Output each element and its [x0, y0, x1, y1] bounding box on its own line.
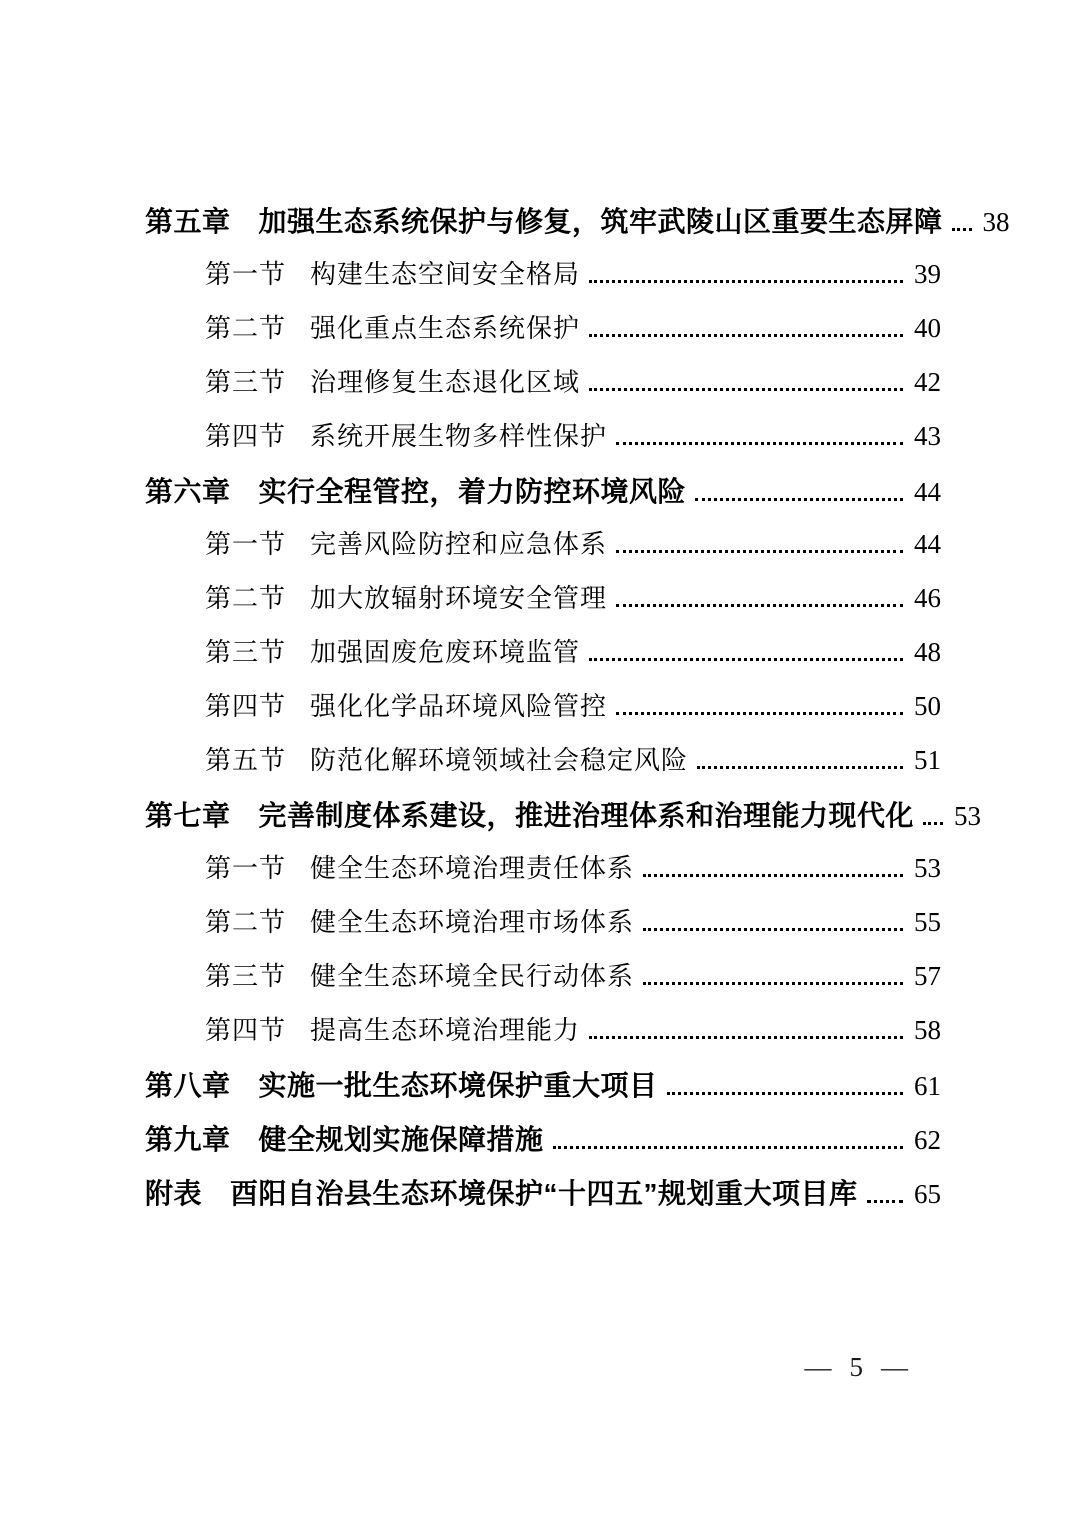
footer-page-number: 5	[850, 1352, 864, 1383]
toc-dot-leader	[589, 658, 903, 661]
toc-dot-leader	[589, 334, 903, 337]
toc-dot-leader	[616, 442, 903, 445]
toc-entry[interactable]: 第一节 构建生态空间安全格局 39	[145, 254, 941, 308]
toc-entry-title: 实行全程管控，着力防控环境风险	[259, 470, 687, 510]
toc-entry-page: 44	[907, 477, 941, 508]
toc-entry-label: 第二节	[205, 308, 286, 345]
toc-entry[interactable]: 第二节 强化重点生态系统保护 40	[145, 308, 941, 362]
toc-entry-title: 系统开展生物多样性保护	[310, 416, 607, 453]
toc-entry-page: 57	[907, 961, 941, 992]
toc-entry[interactable]: 第三节 健全生态环境全民行动体系 57	[145, 956, 941, 1010]
toc-dot-leader	[697, 766, 903, 769]
toc-entry-page: 40	[907, 313, 941, 344]
toc-entry-title: 健全生态环境治理市场体系	[310, 902, 634, 939]
toc-entry-label: 第八章	[145, 1064, 231, 1104]
toc-entry-label: 第三节	[205, 632, 286, 669]
toc-dot-leader	[589, 280, 903, 283]
toc-dot-leader	[643, 982, 903, 985]
toc-entry-title: 强化化学品环境风险管控	[310, 686, 607, 723]
toc-entry[interactable]: 第五章 加强生态系统保护与修复，筑牢武陵山区重要生态屏障 38	[145, 200, 941, 254]
toc-entry-label: 第二节	[205, 902, 286, 939]
toc-entry-page: 43	[907, 421, 941, 452]
toc-entry-label: 第五节	[205, 740, 286, 777]
toc-entry-label: 第四节	[205, 1010, 286, 1047]
toc-entry-title: 治理修复生态退化区域	[310, 362, 580, 399]
toc-entry[interactable]: 第八章 实施一批生态环境保护重大项目 61	[145, 1064, 941, 1118]
toc-entry-title: 完善制度体系建设，推进治理体系和治理能力现代化	[259, 794, 915, 834]
document-page: 第五章 加强生态系统保护与修复，筑牢武陵山区重要生态屏障 38 第一节 构建生态…	[0, 0, 1074, 1520]
toc-entry-label: 第三节	[205, 956, 286, 993]
toc-entry[interactable]: 第五节 防范化解环境领域社会稳定风险 51	[145, 740, 941, 794]
toc-entry[interactable]: 第二节 健全生态环境治理市场体系 55	[145, 902, 941, 956]
toc-dot-leader	[923, 822, 943, 825]
footer-dash-right: —	[881, 1352, 908, 1383]
toc-dot-leader	[589, 388, 903, 391]
toc-dot-leader	[643, 874, 903, 877]
toc-entry-page: 53	[907, 853, 941, 884]
toc-entry-page: 62	[907, 1125, 941, 1156]
toc-entry-label: 第四节	[205, 416, 286, 453]
toc-dot-leader	[589, 1036, 903, 1039]
toc-dot-leader	[616, 604, 903, 607]
toc-entry-label: 第四节	[205, 686, 286, 723]
toc-entry-page: 48	[907, 637, 941, 668]
toc-entry-page: 58	[907, 1015, 941, 1046]
toc-entry-page: 50	[907, 691, 941, 722]
toc-entry-page: 53	[947, 801, 981, 832]
toc-entry-title: 构建生态空间安全格局	[310, 254, 580, 291]
toc-entry[interactable]: 第三节 治理修复生态退化区域 42	[145, 362, 941, 416]
toc-entry-page: 51	[907, 745, 941, 776]
toc-entry-label: 第九章	[145, 1118, 231, 1158]
toc-dot-leader	[643, 928, 903, 931]
toc-entry-label: 第七章	[145, 794, 231, 834]
toc-entry-page: 42	[907, 367, 941, 398]
toc-dot-leader	[616, 550, 903, 553]
toc-entry-label: 第六章	[145, 470, 231, 510]
toc-list: 第五章 加强生态系统保护与修复，筑牢武陵山区重要生态屏障 38 第一节 构建生态…	[145, 200, 941, 1226]
toc-entry[interactable]: 第四节 提高生态环境治理能力 58	[145, 1010, 941, 1064]
toc-entry[interactable]: 第一节 健全生态环境治理责任体系 53	[145, 848, 941, 902]
toc-entry-page: 38	[976, 207, 1010, 238]
toc-entry-label: 第二节	[205, 578, 286, 615]
toc-entry-label: 第一节	[205, 848, 286, 885]
toc-entry[interactable]: 第四节 强化化学品环境风险管控 50	[145, 686, 941, 740]
toc-entry[interactable]: 第二节 加大放辐射环境安全管理 46	[145, 578, 941, 632]
toc-entry-page: 65	[907, 1179, 941, 1210]
toc-entry-page: 44	[907, 529, 941, 560]
toc-dot-leader	[616, 712, 903, 715]
toc-entry-title: 健全生态环境全民行动体系	[310, 956, 634, 993]
toc-entry-page: 55	[907, 907, 941, 938]
toc-entry-title: 实施一批生态环境保护重大项目	[259, 1064, 658, 1104]
toc-entry-label: 第一节	[205, 524, 286, 561]
toc-entry[interactable]: 第九章 健全规划实施保障措施 62	[145, 1118, 941, 1172]
toc-dot-leader	[667, 1092, 903, 1095]
toc-entry[interactable]: 第六章 实行全程管控，着力防控环境风险 44	[145, 470, 941, 524]
toc-entry-title: 健全规划实施保障措施	[259, 1118, 544, 1158]
toc-entry-title: 加大放辐射环境安全管理	[310, 578, 607, 615]
toc-dot-leader	[695, 498, 903, 501]
toc-entry-title: 加强固废危废环境监管	[310, 632, 580, 669]
toc-entry-title: 提高生态环境治理能力	[310, 1010, 580, 1047]
toc-dot-leader	[867, 1200, 903, 1203]
toc-dot-leader	[952, 228, 972, 231]
toc-entry[interactable]: 第四节 系统开展生物多样性保护 43	[145, 416, 941, 470]
toc-entry-title: 健全生态环境治理责任体系	[310, 848, 634, 885]
toc-dot-leader	[553, 1146, 903, 1149]
toc-entry-title: 加强生态系统保护与修复，筑牢武陵山区重要生态屏障	[259, 200, 943, 240]
toc-entry-page: 39	[907, 259, 941, 290]
toc-entry[interactable]: 第三节 加强固废危废环境监管 48	[145, 632, 941, 686]
toc-entry-page: 61	[907, 1071, 941, 1102]
footer-dash-left: —	[805, 1352, 832, 1383]
toc-entry-label: 第三节	[205, 362, 286, 399]
toc-entry[interactable]: 第七章 完善制度体系建设，推进治理体系和治理能力现代化 53	[145, 794, 941, 848]
toc-entry[interactable]: 第一节 完善风险防控和应急体系 44	[145, 524, 941, 578]
toc-entry-label: 第一节	[205, 254, 286, 291]
toc-entry-page: 46	[907, 583, 941, 614]
page-footer: — 5 —	[805, 1352, 909, 1383]
toc-entry-label: 第五章	[145, 200, 231, 240]
toc-entry-title: 防范化解环境领域社会稳定风险	[310, 740, 688, 777]
toc-entry-title: 完善风险防控和应急体系	[310, 524, 607, 561]
toc-entry-label: 附表	[145, 1172, 202, 1212]
toc-entry-title: 酉阳自治县生态环境保护“十四五”规划重大项目库	[230, 1172, 858, 1212]
toc-entry[interactable]: 附表 酉阳自治县生态环境保护“十四五”规划重大项目库 65	[145, 1172, 941, 1226]
toc-entry-title: 强化重点生态系统保护	[310, 308, 580, 345]
